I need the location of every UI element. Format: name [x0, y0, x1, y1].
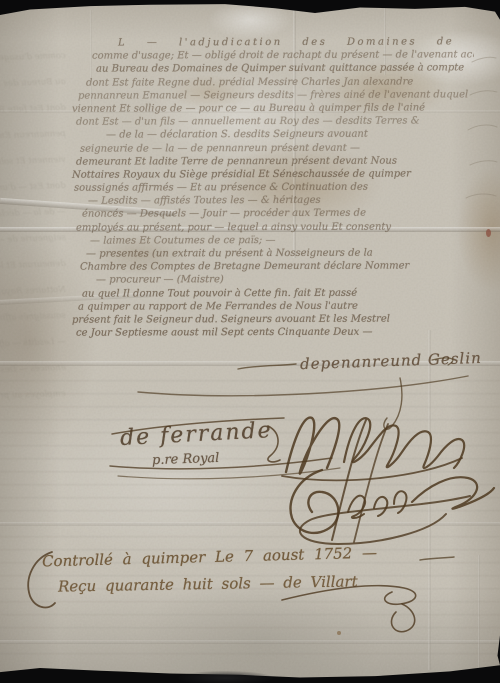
brown-speck	[337, 631, 341, 635]
manuscript-line: au quel Il donne Tout pouvoir à Cette fi…	[66, 286, 474, 301]
manuscript-body-text: L — l'adjudication des Domaines de Sa Ma…	[66, 36, 474, 339]
manuscript-line: demeurant Et ladite Terre de pennanreun …	[66, 154, 474, 169]
manuscript-line: dont Est faite Regne dud. prédial Messir…	[66, 75, 474, 90]
manuscript-line: pennanreun Emanuel — Seigneurs desdits —…	[66, 88, 474, 103]
manuscript-line: a quimper au rapport de Me Ferrandes de …	[66, 299, 474, 314]
manuscript-line: seigneurie de — la — de pennanreun prése…	[66, 141, 474, 156]
signature-geslin: depenanreund Geslin	[300, 349, 482, 373]
manuscript-line: ce Jour Septiesme aoust mil Sept cents C…	[66, 325, 474, 340]
manuscript-line: employés au présent, pour — lequel a ain…	[66, 220, 474, 235]
manuscript-line: au Bureau des Domaines de Quimper suivan…	[66, 62, 474, 77]
red-ink-speck	[486, 229, 491, 237]
manuscript-photo: comme d'usage; Et — obligé droit de rach…	[0, 0, 500, 683]
parchment-sheet: comme d'usage; Et — obligé droit de rach…	[0, 0, 500, 683]
ink-bleed-through: comme d'usage; Et — obligé droit de rach…	[0, 52, 66, 416]
manuscript-line: — de la — déclaration S. desdits Seigneu…	[66, 128, 474, 143]
signature-ferrande-title: p.re Royal	[152, 451, 220, 468]
bottom-shadow-blob	[178, 671, 273, 683]
manuscript-line: énoncés — Desquels — Jouir — procéder au…	[66, 207, 474, 222]
manuscript-line: — procureur — (Maistre)	[66, 273, 474, 288]
